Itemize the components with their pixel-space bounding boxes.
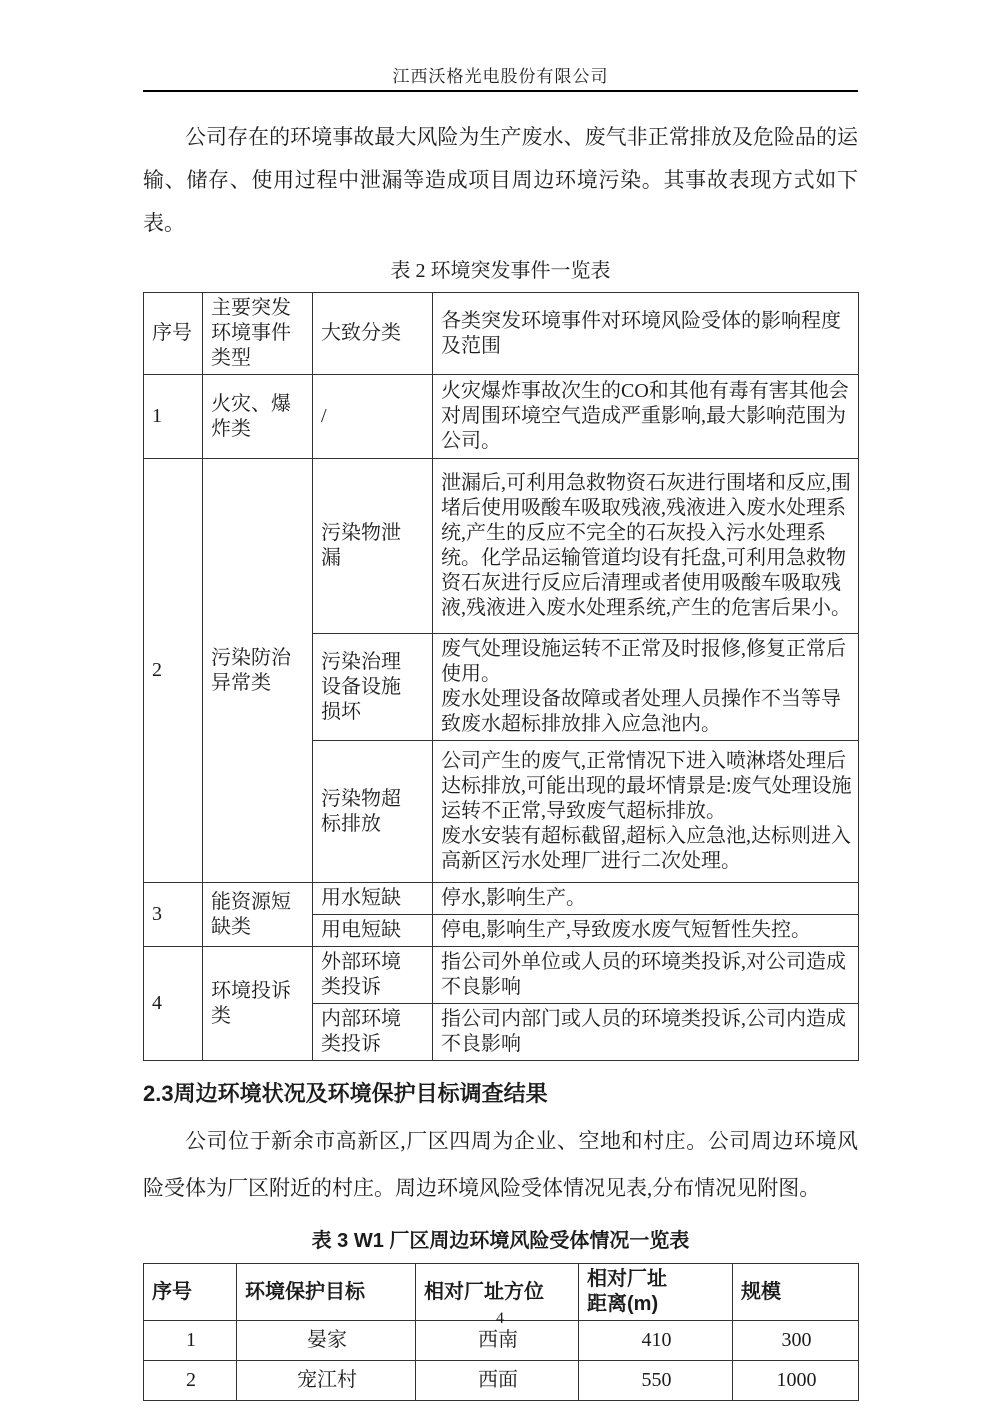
cell-seq: 2: [144, 1361, 237, 1401]
impact-line: 公司产生的废气,正常情况下进入喷淋塔处理后达标排放,可能出现的最坏情景是:废气处…: [441, 749, 852, 824]
cell-classification: 污染物超标排放: [313, 741, 433, 883]
intro-paragraph: 公司存在的环境事故最大风险为生产废水、废气非正常排放及危险品的运输、储存、使用过…: [143, 116, 858, 245]
cell-impact: 停水,影响生产。: [433, 883, 859, 915]
page-number: 4: [0, 1310, 1000, 1328]
table2-emergency-events: 序号 主要突发环境事件类型 大致分类 各类突发环境事件对环境风险受体的影响程度及…: [143, 292, 859, 1061]
cell-classification: 用电短缺: [313, 915, 433, 947]
cell-classification: 内部环境类投诉: [313, 1004, 433, 1061]
cell-classification: /: [313, 375, 433, 459]
table-row: 1 火灾、爆炸类 / 火灾爆炸事故次生的CO和其他有毒有害其他会对周围环境空气造…: [144, 375, 859, 459]
table2-header-no: 序号: [144, 293, 203, 375]
cell-impact: 指公司外单位或人员的环境类投诉,对公司造成不良影响: [433, 947, 859, 1004]
cell-seq: 2: [144, 459, 203, 883]
cell-event-type: 能资源短缺类: [203, 883, 313, 947]
cell-impact: 火灾爆炸事故次生的CO和其他有毒有害其他会对周围环境空气造成严重影响,最大影响范…: [433, 375, 859, 459]
table2-header-classification: 大致分类: [313, 293, 433, 375]
cell-impact: 指公司内部门或人员的环境类投诉,公司内造成不良影响: [433, 1004, 859, 1061]
table-row: 2 污染防治异常类 污染物泄漏 泄漏后,可利用急救物资石灰进行围堵和反应,围堵后…: [144, 459, 859, 634]
cell-seq: 1: [144, 375, 203, 459]
table3-risk-receptors: 序号 环境保护目标 相对厂址方位 相对厂址距离(m) 规模 1 晏家 西南 41…: [143, 1263, 859, 1401]
section-heading-2-3: 2.3周边环境状况及环境保护目标调查结果: [143, 1077, 858, 1108]
cell-target: 宠江村: [237, 1361, 416, 1401]
cell-direction: 西面: [416, 1361, 579, 1401]
cell-classification: 用水短缺: [313, 883, 433, 915]
cell-impact: 公司产生的废气,正常情况下进入喷淋塔处理后达标排放,可能出现的最坏情景是:废气处…: [433, 741, 859, 883]
cell-classification: 外部环境类投诉: [313, 947, 433, 1004]
table-row: 2 宠江村 西面 550 1000: [144, 1361, 859, 1401]
cell-event-type: 环境投诉类: [203, 947, 313, 1061]
cell-seq: 4: [144, 947, 203, 1061]
page-header-title: 江西沃格光电股份有限公司: [143, 62, 858, 92]
table3-title: 表 3 W1 厂区周边环境风险受体情况一览表: [143, 1224, 858, 1253]
cell-impact: 泄漏后,可利用急救物资石灰进行围堵和反应,围堵后使用吸酸车吸取残液,残液进入废水…: [433, 459, 859, 634]
cell-event-type: 污染防治异常类: [203, 459, 313, 883]
impact-line: 废水处理设备故障或者处理人员操作不当等导致废水超标排放排入应急池内。: [441, 687, 852, 737]
cell-event-type: 火灾、爆炸类: [203, 375, 313, 459]
cell-classification: 污染治理设备设施损坏: [313, 634, 433, 741]
section-paragraph: 公司位于新余市高新区,厂区四周为企业、空地和村庄。公司周边环境风险受体为厂区附近…: [143, 1118, 858, 1212]
table2-header-impact: 各类突发环境事件对环境风险受体的影响程度及范围: [433, 293, 859, 375]
impact-line: 废气处理设施运转不正常及时报修,修复正常后使用。: [441, 637, 852, 687]
table-row: 3 能资源短缺类 用水短缺 停水,影响生产。: [144, 883, 859, 915]
document-page: 江西沃格光电股份有限公司 公司存在的环境事故最大风险为生产废水、废气非正常排放及…: [143, 0, 858, 1401]
table2-header-event-type: 主要突发环境事件类型: [203, 293, 313, 375]
cell-distance: 550: [579, 1361, 733, 1401]
table2-header-row: 序号 主要突发环境事件类型 大致分类 各类突发环境事件对环境风险受体的影响程度及…: [144, 293, 859, 375]
table-row: 4 环境投诉类 外部环境类投诉 指公司外单位或人员的环境类投诉,对公司造成不良影…: [144, 947, 859, 1004]
cell-impact: 停电,影响生产,导致废水废气短暂性失控。: [433, 915, 859, 947]
table2-title: 表 2 环境突发事件一览表: [143, 254, 858, 283]
cell-scale: 1000: [733, 1361, 859, 1401]
cell-impact: 废气处理设施运转不正常及时报修,修复正常后使用。 废水处理设备故障或者处理人员操…: [433, 634, 859, 741]
cell-classification: 污染物泄漏: [313, 459, 433, 634]
cell-seq: 3: [144, 883, 203, 947]
impact-line: 废水安装有超标截留,超标入应急池,达标则进入高新区污水处理厂进行二次处理。: [441, 824, 852, 874]
